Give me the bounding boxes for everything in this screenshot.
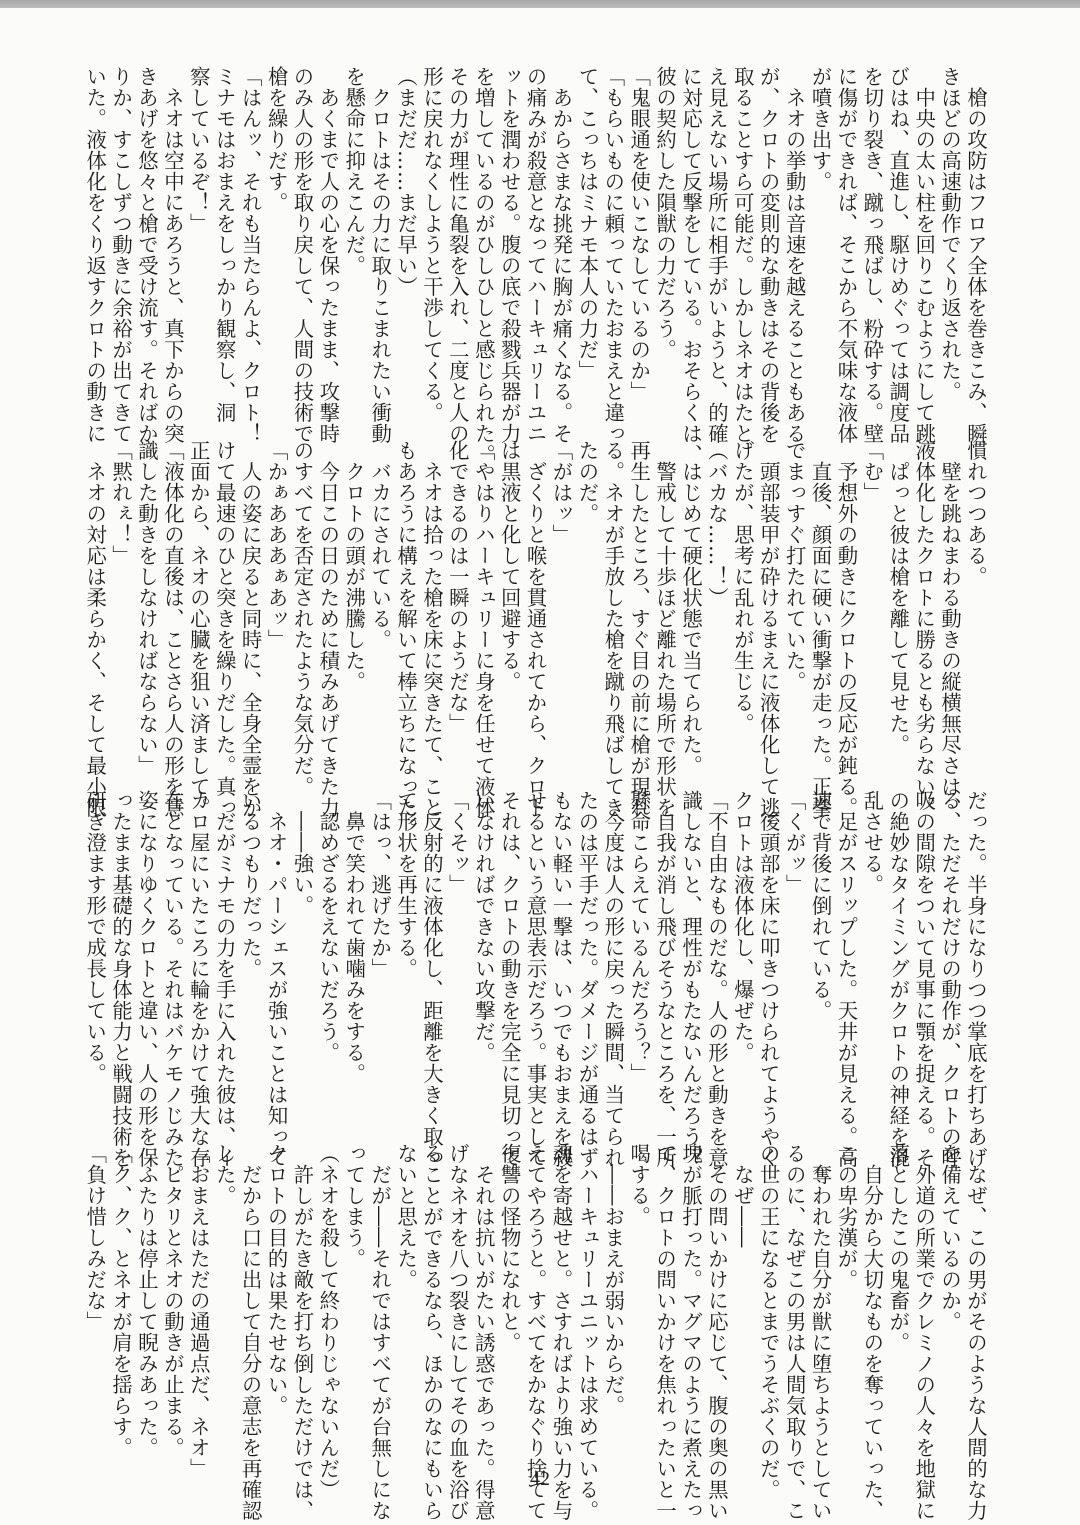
text-column: の世の王になるとまでうそぶくのだ。 (755, 1143, 781, 1493)
text-column: りか、すこしずつ動きに余裕が出てきて (107, 66, 133, 416)
text-column: だがミナモの力を手に入れた彼は、イ (211, 790, 237, 1140)
scan-top-edge (0, 0, 1080, 8)
text-column: て形状を再生する。 (392, 790, 418, 1140)
text-column: ることができるなら、ほかのなにもいら (418, 1143, 444, 1493)
text-column: 落としたこの鬼畜が。 (884, 1143, 910, 1493)
text-column: いた。液体化をくり返すクロトの動きに (81, 66, 107, 416)
text-column: 自分から大切なものを奪っていった、 (858, 1143, 884, 1493)
text-column: 慣れつつある。 (962, 440, 988, 790)
text-column: 今日この日のために積みあげてきた力 (314, 440, 340, 790)
text-column: 「はんッ、それも当たらんよ、クロト！ (237, 66, 263, 416)
text-column: 予想外の動きにクロトの反応が鈍る。 (833, 440, 859, 790)
text-column: だから口に出して自分の意志を再確認 (237, 1143, 263, 1493)
text-column: 速で背後に倒れている。 (807, 790, 833, 1140)
text-column: えてやろうと。すべてをかなぐり捨てて (522, 1143, 548, 1493)
text-column: るのに、なぜこの男は人間気取りで、こ (781, 1143, 807, 1493)
text-column: あくまで人の心を保ったまま、攻撃時 (314, 66, 340, 416)
text-column: て、クロトの問いかけを焦れったいと一 (651, 1143, 677, 1493)
text-column: 槍を繰りだす。 (263, 66, 289, 416)
text-column: 後頭部を床に叩きつけられてようやく (755, 790, 781, 1140)
text-column: だが――それではすべてが台無しにな (366, 1143, 392, 1493)
text-column: 姿になりゆくクロトと違い、人の形を保 (133, 790, 159, 1140)
text-column: なぜ、この男がそのような人間的な力 (962, 1143, 988, 1493)
text-column: きほどの高速動作でくり返された。 (936, 66, 962, 416)
text-column: 察しているぞ！」 (185, 66, 211, 416)
text-column: 「鬼眼通を使いこなしているのか」 (625, 66, 651, 416)
text-column: ふたりは停止して睨みあった。 (133, 1143, 159, 1493)
text-column: 「かぁあああぁあッ」 (263, 440, 289, 790)
text-column: 懸命こらえているんだろう？」 (625, 790, 651, 1140)
text-column: え見えない場所に相手がいようと、的確 (703, 66, 729, 416)
text-column: に対応して反撃をしている。おそらくは、 (677, 66, 703, 416)
text-column: 喝する。 (625, 1143, 651, 1493)
text-column: 反射的に液体化し、距離を大きく取っ (418, 790, 444, 1140)
page-number: 42 (0, 1468, 1080, 1491)
text-column: いなければできない攻撃だ。 (470, 790, 496, 1140)
text-column: だった。半身になりつつ掌底を打ちあげ (962, 790, 988, 1140)
text-tier-1: 槍の攻防はフロア全体を巻きこみ、瞬きほどの高速動作でくり返された。 中央の太い柱… (108, 66, 988, 416)
text-column: クロトは液体化し、爆ぜた。 (729, 790, 755, 1140)
text-column: 壁を跳ねまわる動きの縦横無尽さは、 (936, 440, 962, 790)
text-column: ぱっと彼は槍を離して見せた。 (884, 440, 910, 790)
text-column: 槍の攻防はフロア全体を巻きこみ、瞬 (962, 66, 988, 416)
text-column: ハーキュリーユニットは求めている。 (574, 1143, 600, 1493)
text-column: 「おまえはただの通過点だ、ネオ」 (185, 1143, 211, 1493)
text-column: 彼の契約した隕獣の力だろう。 (651, 66, 677, 416)
text-tier-4: なぜ、この男がそのような人間的な力を備えているのか。 外道の所業でクレミノの人々… (108, 1143, 988, 1493)
text-column: に傷ができれば、そこから不気味な液体 (833, 66, 859, 416)
text-column: ってしまう。 (340, 1143, 366, 1493)
text-column: 「もらいものに頼っていたおまえと違っ (599, 66, 625, 416)
text-column: が、クロトの変則的な動きはその背後を (755, 66, 781, 416)
text-column: 許しがたき敵を打ち倒しただけでは、 (289, 1143, 315, 1493)
text-column: は黒液と化して回避する。 (496, 440, 522, 790)
text-column: 乱させる。 (858, 790, 884, 1140)
text-column: 「黙れぇ！」 (107, 440, 133, 790)
text-column: はじめて硬化状態で当てられた。 (677, 440, 703, 790)
text-column: 識した動きをしなければならない」 (133, 440, 159, 790)
text-column: ットを潤わせる。腹の底で殺戮兵器が力 (496, 66, 522, 416)
text-column: 「む」 (858, 440, 884, 790)
text-column: たのは平手だった。ダメージが通るはず (574, 790, 600, 1140)
text-column: この卑劣漢が。 (833, 1143, 859, 1493)
text-column: ネオの対応は柔らかく、そして最小限 (81, 440, 107, 790)
text-column: を切り裂き、蹴っ飛ばし、粉砕する。壁 (858, 66, 884, 416)
text-column: クロトの頭が沸騰した。 (340, 440, 366, 790)
text-column: 今度は人の形に戻った瞬間、当てられ (599, 790, 625, 1140)
text-column: （バカな……！） (703, 440, 729, 790)
text-column: 「くそッ」 (444, 790, 470, 1140)
text-column: ネオ・パーシェスが強いことは知って (263, 790, 289, 1140)
text-column: でまっすぐ打たれていた。 (781, 440, 807, 790)
text-column: が噴き出す。 (807, 66, 833, 416)
text-column: 取ることすら可能だ。しかしネオはたと (729, 66, 755, 416)
text-column: 化できるのは一瞬のようだな」 (444, 440, 470, 790)
text-column: もあろうに構えを解いて棒立ちになった。 (392, 440, 418, 790)
text-column: て、こっちはミナモ本人の力だ」 (574, 66, 600, 416)
text-column: る、ただそれだけの動作が、クロトの呼 (936, 790, 962, 1140)
text-column: 形に戻れなくしようと干渉してくる。 (418, 66, 444, 416)
text-column: の絶妙なタイミングがクロトの神経を混 (884, 790, 910, 1140)
text-column: バカにされている。 (366, 440, 392, 790)
text-column: クロトの目的は果たせない。 (263, 1143, 289, 1493)
text-column: 足がスリップした。天井が見える。高 (833, 790, 859, 1140)
text-column: ――強い。 (289, 790, 315, 1140)
text-column: 直後、顔面に硬い衝撃が走った。正拳 (807, 440, 833, 790)
text-column: カロ屋にいたころに輪をかけて強大な存 (185, 790, 211, 1140)
text-column: きあげを悠々と槍で受け流す。そればか (133, 66, 159, 416)
text-column: 自我が消し飛びそうなところを、一所 (651, 790, 677, 1140)
text-column: あからさまな挑発に胸が痛くなる。そ (548, 66, 574, 416)
text-column: ネオは拾った槍を床に突きたて、こと (418, 440, 444, 790)
text-column: を増しているのがひしひしと感じられた。 (470, 66, 496, 416)
text-column: 液体化したクロトに勝るとも劣らない。 (910, 440, 936, 790)
text-column: の痛みが殺意となってハーキュリーユニ (522, 66, 548, 416)
text-column: ミナモはおまえをしっかり観察し、洞 (211, 66, 237, 416)
text-column: 「不自由なものだな。人の形と動きを意 (703, 790, 729, 1140)
text-column: 再生したところ、すぐ目の前に槍が現れ (625, 440, 651, 790)
text-column: せるという意思表示だろう。事実として (522, 790, 548, 1140)
text-column: 頭部装甲が砕けるまえに液体化して逃 (755, 440, 781, 790)
text-tier-3: だった。半身になりつつ掌底を打ちあげる、ただそれだけの動作が、クロトの呼吸の間隙… (108, 790, 988, 1140)
text-column: した。 (211, 1143, 237, 1493)
text-column: それは、クロトの動きを完全に見切って (496, 790, 522, 1140)
text-column: 認めざるをえないだろう。 (314, 790, 340, 1140)
text-column: たのだ。 (574, 440, 600, 790)
text-column: 吸の間隙をついて見事に顎を捉える。そ (910, 790, 936, 1140)
text-column: もない軽い一撃は、いつでもおまえを殺 (548, 790, 574, 1140)
text-column: 復讐の怪物になれと。 (496, 1143, 522, 1493)
text-column: いるつもりだった。 (237, 790, 263, 1140)
text-column: を備えているのか。 (936, 1143, 962, 1493)
text-column: げなネオを八つ裂きにしてその血を浴び (444, 1143, 470, 1493)
text-tier-2: 慣れつつある。 壁を跳ねまわる動きの縦横無尽さは、液体化したクロトに勝るとも劣ら… (108, 440, 988, 790)
text-column: クロトはその力に取りこまれたい衝動 (366, 66, 392, 416)
text-column: 「がはッ」 (548, 440, 574, 790)
text-column: （まだだ……まだ早い） (392, 66, 418, 416)
text-column: 「はっ、逃げたか」 (366, 790, 392, 1140)
text-column: ったまま基礎的な身体能力と戦闘技術を (107, 790, 133, 1140)
text-column: なぜ―― (729, 1143, 755, 1493)
text-column: 研ぎ澄ます形で成長している。 (81, 790, 107, 1140)
text-column: を懸命に抑えこんだ。 (340, 66, 366, 416)
text-column: のみ人の形を取り戻して、人間の技術で (289, 66, 315, 416)
text-column: その問いかけに応じて、腹の奥の黒い (703, 1143, 729, 1493)
text-column: 奪われた自分が獣に堕ちようとしてい (807, 1143, 833, 1493)
text-column: ――おまえが弱いからだ。 (599, 1143, 625, 1493)
text-column: びはね、直進し、駆けめぐっては調度品 (884, 66, 910, 416)
text-column: げたが、思考に乱れが生じる。 (729, 440, 755, 790)
text-column: ざくりと喉を貫通されてから、クロト (522, 440, 548, 790)
text-column: 人の姿に戻ると同時に、全身全霊をか (237, 440, 263, 790)
text-column: 「くがッ」 (781, 790, 807, 1140)
text-column: 中央の太い柱を回りこむようにして跳 (910, 66, 936, 416)
text-column: 外道の所業でクレミノの人々を地獄に (910, 1143, 936, 1493)
text-column: ないと思えた。 (392, 1143, 418, 1493)
text-column: 「負け惜しみだな」 (81, 1143, 107, 1493)
text-column: それは抗いがたい誘惑であった。得意 (470, 1143, 496, 1493)
text-column: 魂を寄越せと。さすればより強い力を与 (548, 1143, 574, 1493)
text-column: のすべてを否定されたような気分だ。 (289, 440, 315, 790)
text-column: ネオは空中にあろうと、真下からの突 (159, 66, 185, 416)
text-column: ネオの挙動は音速を越えることもある (781, 66, 807, 416)
text-column: ピタリとネオの動きが止まる。 (159, 1143, 185, 1493)
text-column: 正面から、ネオの心臓を狙い済まして。 (185, 440, 211, 790)
text-column: 鼻で笑われて歯噛みをする。 (340, 790, 366, 1140)
text-column: る。ネオが手放した槍を蹴り飛ばしてき (599, 440, 625, 790)
text-column: その力が理性に亀裂を入れ、二度と人の (444, 66, 470, 416)
text-column: 警戒して十歩ほど離れた場所で形状を (651, 440, 677, 790)
text-column: 識しないと、理性がもたないんだろう？ (677, 790, 703, 1140)
text-column: 「液体化の直後は、ことさら人の形を意 (159, 440, 185, 790)
text-column: 塊が脈打った。マグマのように煮えたっ (677, 1143, 703, 1493)
text-column: （ネオを殺して終わりじゃないんだ） (314, 1143, 340, 1493)
text-column: けて最速のひと突きを繰りだした。真っ (211, 440, 237, 790)
text-column: 在となっている。それはバケモノじみた (159, 790, 185, 1140)
text-column: 「ク、ク、とネオが肩を揺らす。 (107, 1143, 133, 1493)
text-column: 「やはりハーキュリーに身を任せて液体 (470, 440, 496, 790)
